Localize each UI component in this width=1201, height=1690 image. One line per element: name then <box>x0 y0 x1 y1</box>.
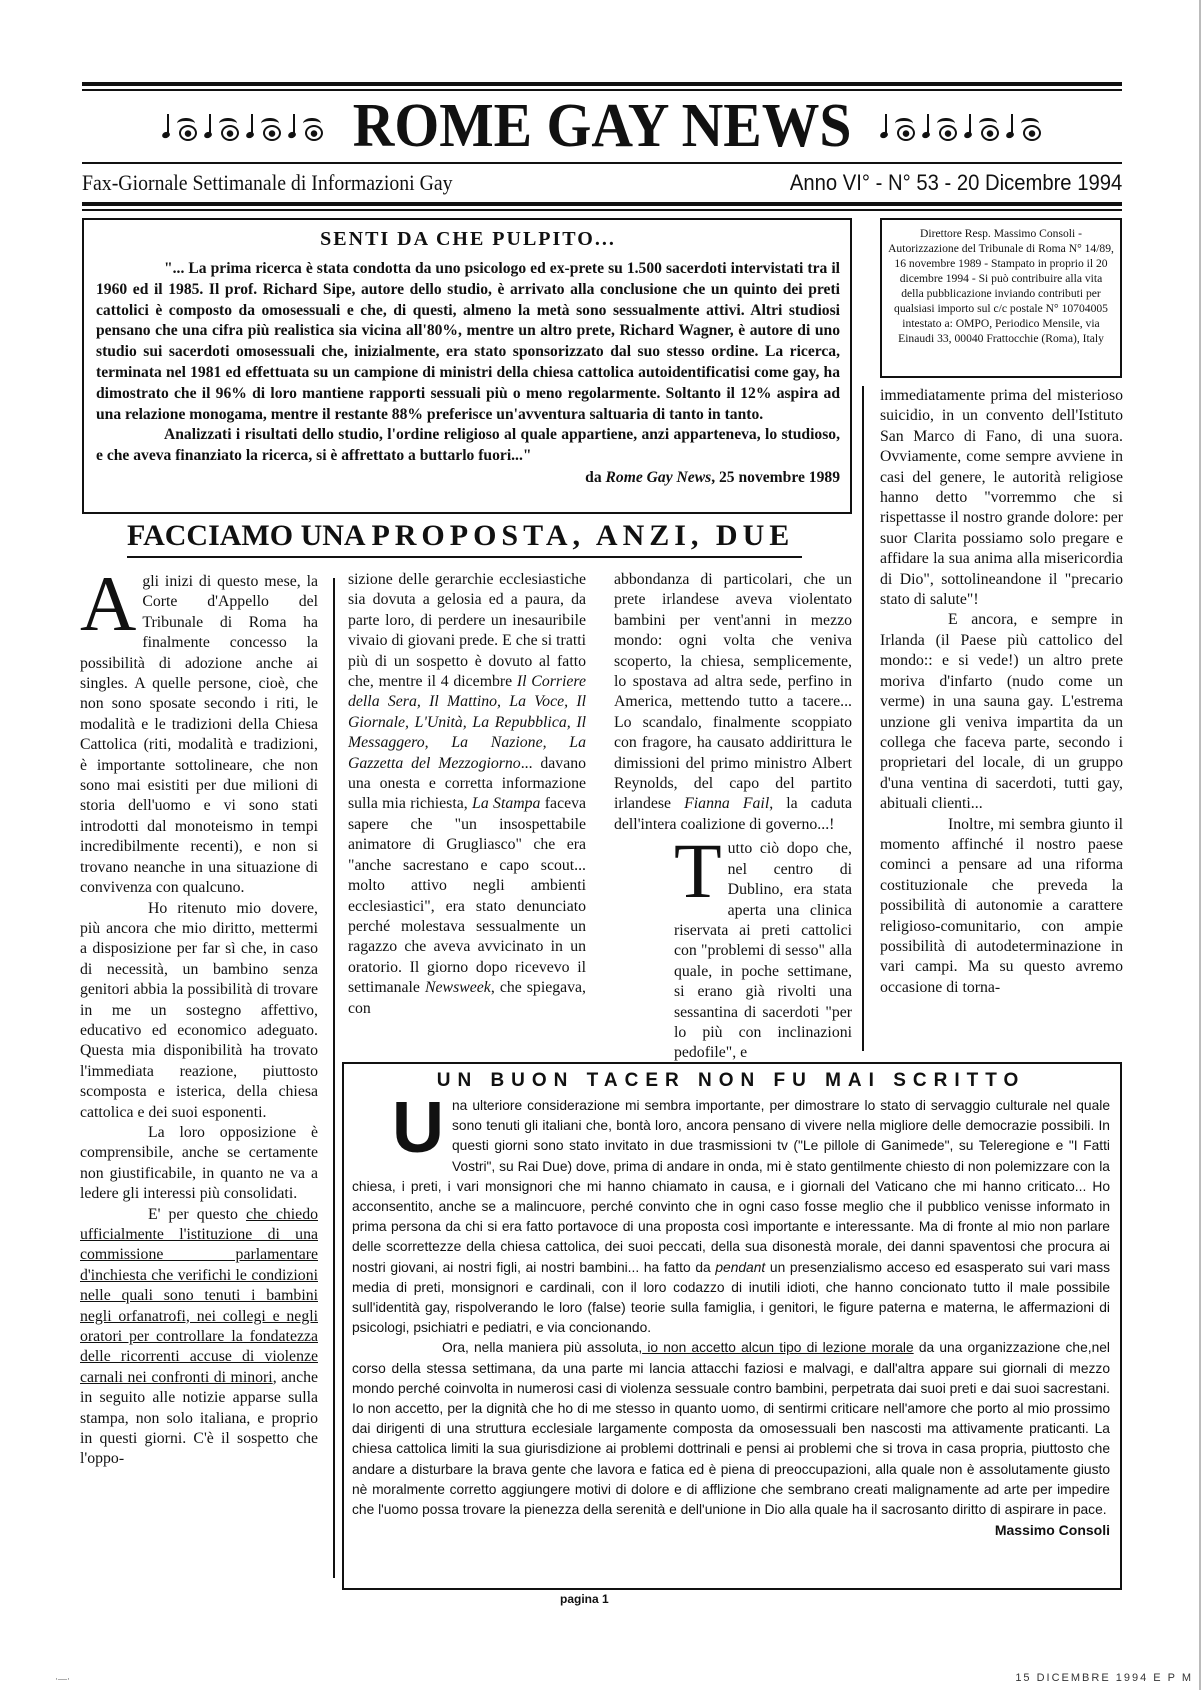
note-and-eye-icon <box>964 114 1000 138</box>
underlined-text: che chiedo ufficialmente l'istituzione d… <box>80 1206 318 1386</box>
editorial-body: Una ulteriore considerazione mi sembra i… <box>352 1096 1110 1520</box>
italic-word: pendant <box>715 1260 765 1275</box>
column-divider <box>862 386 864 1051</box>
newspaper-title: ROME GAY NEWS <box>353 95 852 157</box>
subline-rule-thick <box>82 202 1122 206</box>
note-and-eye-icon <box>1006 114 1042 138</box>
editorial-title: UN BUON TACER NON FU MAI SCRITTO <box>352 1070 1110 1092</box>
dropcap-letter: A <box>80 574 136 634</box>
magazine-name: Newsweek <box>425 979 491 996</box>
quote-paragraph: "... La prima ricerca è stata condotta d… <box>96 259 840 425</box>
headline-part: FACCIAMO UNA <box>127 519 371 552</box>
article-column-1: Agli inizi di questo mese, la Corte d'Ap… <box>80 572 318 1470</box>
paragraph: immediatamente prima del misterioso suic… <box>880 386 1123 610</box>
ornament-group-left <box>162 114 324 138</box>
text-run: na ulteriore considerazione mi sembra im… <box>352 1098 1110 1275</box>
fax-timestamp: 15 DICEMBRE 1994 E P M <box>1015 1672 1193 1684</box>
source-prefix: da <box>585 469 605 486</box>
note-and-eye-icon <box>204 114 240 138</box>
dropcap-letter: U <box>392 1098 444 1158</box>
note-and-eye-icon <box>162 114 198 138</box>
text-run: da una organizzazione che,nel corso dell… <box>352 1340 1110 1517</box>
masthead: ROME GAY NEWS <box>82 95 1122 157</box>
article-headline: FACCIAMO UNA PROPOSTA, ANZI, DUE <box>127 520 802 558</box>
text-run: abbondanza di particolari, che un prete … <box>614 571 852 812</box>
fax-mark: ·—· <box>55 1674 70 1684</box>
source-publication: Rome Gay News <box>606 469 712 486</box>
quote-box-title: SENTI DA CHE PULPITO... <box>96 228 840 251</box>
article-column-3: abbondanza di particolari, che un prete … <box>614 570 852 1064</box>
quote-box: SENTI DA CHE PULPITO... "... La prima ri… <box>82 218 852 514</box>
page-number: pagina 1 <box>560 1592 609 1606</box>
paragraph: E' per questo che chiedo ufficialmente l… <box>80 1205 318 1470</box>
publication-info-box: Direttore Resp. Massimo Consoli - Autori… <box>880 218 1122 378</box>
masthead-divider <box>82 162 1122 164</box>
headline-part: PROPOSTA, ANZI, DUE <box>371 519 794 552</box>
source-date: , 25 novembre 1989 <box>711 469 840 486</box>
top-rule-thin <box>82 89 1122 91</box>
paragraph: La loro opposizione è comprensibile, anc… <box>80 1123 318 1205</box>
paragraph: E ancora, e sempre in Irlanda (il Paese … <box>880 610 1123 814</box>
newspaper-name: La Stampa <box>472 795 540 812</box>
article-column-4: immediatamente prima del misterioso suic… <box>880 386 1123 998</box>
column-divider <box>333 578 335 1578</box>
paragraph: Ho ritenuto mio dovere, più ancora che m… <box>80 899 318 1123</box>
issue-info: Anno VI° - N° 53 - 20 Dicembre 1994 <box>790 170 1122 196</box>
note-and-eye-icon <box>922 114 958 138</box>
article-column-2: sizione delle gerarchie ecclesiastiche s… <box>348 570 586 1019</box>
note-and-eye-icon <box>288 114 324 138</box>
paragraph: Inoltre, mi sembra giunto il momento aff… <box>880 815 1123 999</box>
editorial-box: UN BUON TACER NON FU MAI SCRITTO Una ult… <box>342 1062 1122 1590</box>
author-signature: Massimo Consoli <box>352 1522 1110 1538</box>
note-and-eye-icon <box>246 114 282 138</box>
text-run: Ora, nella maniera più assoluta, <box>442 1340 642 1355</box>
text-run: faceva sapere che "un insospettabile ani… <box>348 795 586 996</box>
note-and-eye-icon <box>880 114 916 138</box>
underlined-text: io non accetto alcun tipo di lezione mor… <box>642 1340 913 1355</box>
top-rule-thick <box>82 82 1122 86</box>
dropcap-letter: T <box>674 841 722 901</box>
quote-source: da Rome Gay News, 25 novembre 1989 <box>96 469 840 487</box>
quote-paragraph: Analizzati i risultati dello studio, l'o… <box>96 425 840 467</box>
text-run: E' per questo <box>148 1206 246 1223</box>
party-name: Fianna Fail <box>684 795 769 812</box>
newspaper-subtitle: Fax-Giornale Settimanale di Informazioni… <box>82 170 453 196</box>
ornament-group-right <box>880 114 1042 138</box>
subline-rule-thin <box>82 209 1122 211</box>
masthead-subline: Fax-Giornale Settimanale di Informazioni… <box>82 170 1122 196</box>
quote-box-body: "... La prima ricerca è stata condotta d… <box>96 259 840 467</box>
